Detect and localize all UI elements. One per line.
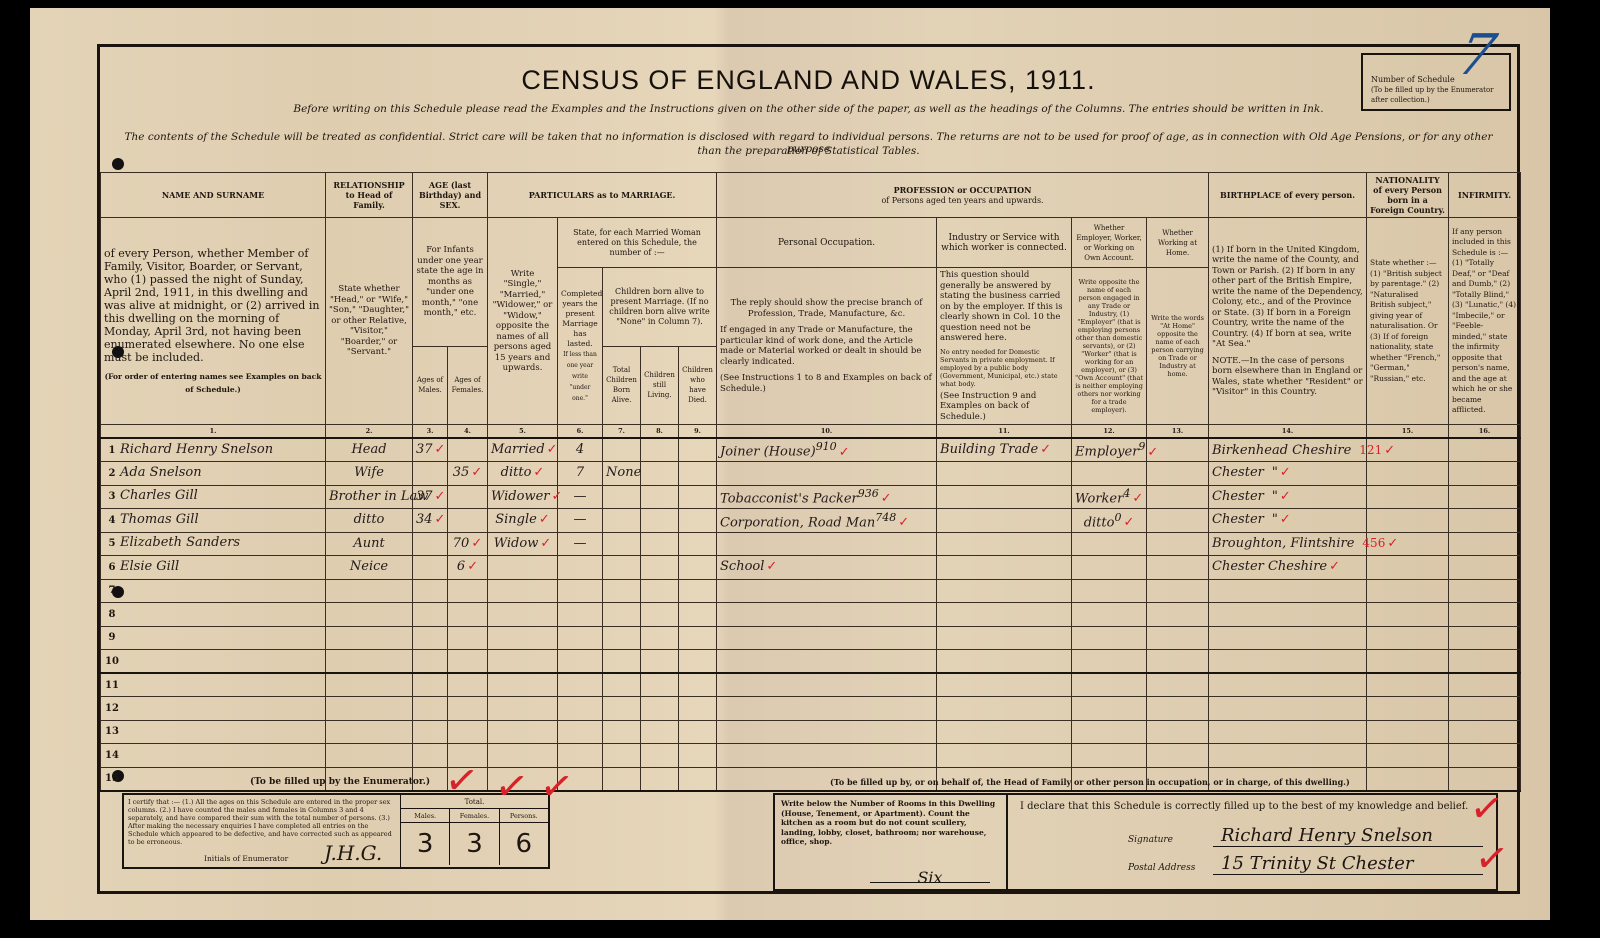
industry-cell[interactable] — [937, 720, 1072, 744]
birthplace-cell[interactable] — [1209, 579, 1367, 603]
relationship-cell[interactable] — [326, 697, 413, 721]
condition-cell-text: Widow — [494, 536, 539, 551]
years-married-cell[interactable] — [558, 720, 603, 744]
children-died-cell[interactable] — [679, 673, 717, 697]
children-died-cell[interactable] — [679, 556, 717, 580]
birthplace-cell[interactable] — [1209, 720, 1367, 744]
name-instructions: of every Person, whether Member of Famil… — [101, 218, 326, 425]
col-number: 9. — [679, 425, 717, 439]
red-check-icon: ✓ — [1132, 491, 1143, 506]
years-married-cell[interactable]: — — [558, 509, 603, 533]
years-married-cell[interactable] — [558, 626, 603, 650]
home-cell[interactable] — [1147, 626, 1209, 650]
age-males-cell[interactable] — [413, 744, 448, 768]
condition-instructions: Write "Single," "Married," "Widower," or… — [488, 218, 558, 425]
children-died-cell[interactable] — [679, 720, 717, 744]
age-males-cell[interactable] — [413, 462, 448, 486]
col-number: 6. — [558, 425, 603, 439]
condition-cell[interactable] — [488, 697, 558, 721]
relationship-cell[interactable]: ditto — [326, 509, 413, 533]
rooms-instructions: Write below the Number of Rooms in this … — [781, 799, 1000, 847]
schedule-number-note: (To be filled up by the Enumerator after… — [1371, 85, 1505, 105]
nationality-cell[interactable] — [1367, 532, 1449, 556]
name-cell[interactable]: 10 — [101, 650, 326, 674]
row-number: 9 — [104, 633, 120, 643]
children-died-cell[interactable] — [679, 485, 717, 509]
occupation-cell[interactable]: Tobacconist's Packer936✓ — [717, 485, 937, 509]
infirmity-cell[interactable] — [1449, 744, 1521, 768]
relationship-cell[interactable] — [326, 603, 413, 627]
years-married-cell[interactable] — [558, 673, 603, 697]
name-cell[interactable]: 3Charles Gill — [101, 485, 326, 509]
birthplace-cell[interactable]: Chester"✓ — [1209, 462, 1367, 486]
name-cell[interactable]: 7 — [101, 579, 326, 603]
employer-cell[interactable] — [1072, 720, 1147, 744]
employer-cell[interactable] — [1072, 532, 1147, 556]
age-males-cell[interactable]: 37✓ — [413, 485, 448, 509]
persons-total[interactable]: 6 — [500, 823, 548, 865]
birthplace-cell[interactable] — [1209, 697, 1367, 721]
condition-cell-text: Single — [495, 512, 537, 527]
age-females-cell[interactable] — [448, 650, 488, 674]
employer-cell[interactable] — [1072, 579, 1147, 603]
name-cell[interactable]: 12 — [101, 697, 326, 721]
name-cell[interactable]: 13 — [101, 720, 326, 744]
children-died-cell[interactable] — [679, 744, 717, 768]
employer-cell[interactable]: Worker4✓ — [1072, 485, 1147, 509]
birthplace-cell[interactable]: Birkenhead Cheshire121✓ — [1209, 438, 1367, 462]
employer-cell[interactable] — [1072, 603, 1147, 627]
relationship-cell[interactable] — [326, 720, 413, 744]
age-males-cell[interactable] — [413, 556, 448, 580]
table-row: 4Thomas Gillditto34✓Single✓—Corporation,… — [101, 509, 1521, 533]
table-row: 9 — [101, 626, 1521, 650]
occupation-cell[interactable] — [717, 579, 937, 603]
age-females-cell[interactable]: 70✓ — [448, 532, 488, 556]
industry-cell[interactable] — [937, 626, 1072, 650]
employer-cell-text: Worker — [1075, 491, 1123, 506]
children-born-cell[interactable] — [603, 697, 641, 721]
name-note: (For order of entering names see Example… — [104, 370, 322, 396]
birthplace-code: " — [1272, 489, 1278, 504]
row-number: 2 — [104, 469, 120, 479]
header-nationality: NATIONALITY of every Person born in a Fo… — [1367, 173, 1449, 218]
children-died-cell[interactable] — [679, 532, 717, 556]
age-females-cell[interactable] — [448, 697, 488, 721]
instruction-line: Before writing on this Schedule please r… — [100, 103, 1517, 115]
occupation-cell[interactable] — [717, 697, 937, 721]
age-females-cell[interactable]: 6✓ — [448, 556, 488, 580]
children-living-cell[interactable] — [641, 626, 679, 650]
age-males-cell[interactable] — [413, 673, 448, 697]
age-females-cell[interactable] — [448, 485, 488, 509]
children-living-cell[interactable] — [641, 603, 679, 627]
age-males-cell[interactable] — [413, 650, 448, 674]
relationship-cell[interactable]: Brother in Law — [326, 485, 413, 509]
children-died-cell[interactable] — [679, 462, 717, 486]
years-married-cell[interactable] — [558, 556, 603, 580]
relationship-cell[interactable] — [326, 650, 413, 674]
home-cell[interactable] — [1147, 697, 1209, 721]
age-males-cell-text: 37 — [416, 442, 433, 457]
industry-cell[interactable] — [937, 509, 1072, 533]
schedule-number-value: 7 — [1458, 51, 1496, 61]
red-check-icon: ✓ — [1472, 837, 1511, 881]
infirmity-cell[interactable] — [1449, 579, 1521, 603]
home-cell[interactable] — [1147, 438, 1209, 462]
infirmity-cell[interactable] — [1449, 603, 1521, 627]
enumerator-title: (To be filled up by the Enumerator.) — [250, 777, 430, 787]
name-cell[interactable]: 11 — [101, 673, 326, 697]
home-cell[interactable] — [1147, 556, 1209, 580]
children-born-cell[interactable]: None — [603, 462, 641, 486]
females-total[interactable]: 3 — [450, 823, 499, 865]
children-living-cell[interactable] — [641, 556, 679, 580]
employer-cell[interactable]: ditto0✓ — [1072, 509, 1147, 533]
children-died-cell[interactable] — [679, 603, 717, 627]
occupation-cell[interactable] — [717, 650, 937, 674]
nationality-cell[interactable] — [1367, 509, 1449, 533]
birthplace-cell[interactable]: Chester"✓ — [1209, 509, 1367, 533]
age-males-cell[interactable] — [413, 532, 448, 556]
employer-cell[interactable] — [1072, 626, 1147, 650]
years-married-cell[interactable] — [558, 603, 603, 627]
occupation-cell[interactable] — [717, 720, 937, 744]
infirmity-cell[interactable] — [1449, 556, 1521, 580]
children-born-cell[interactable] — [603, 485, 641, 509]
condition-cell[interactable] — [488, 650, 558, 674]
industry-cell[interactable] — [937, 673, 1072, 697]
birthplace-cell[interactable]: Chester"✓ — [1209, 485, 1367, 509]
years-married-cell[interactable] — [558, 650, 603, 674]
industry-cell[interactable] — [937, 744, 1072, 768]
children-born-cell[interactable] — [603, 626, 641, 650]
signature-value[interactable]: Richard Henry Snelson — [1213, 825, 1483, 847]
birthplace-code: " — [1272, 465, 1278, 480]
age-females-cell[interactable]: 35✓ — [448, 462, 488, 486]
home-cell[interactable] — [1147, 720, 1209, 744]
age-females-cell[interactable] — [448, 438, 488, 462]
children-born-cell[interactable] — [603, 673, 641, 697]
children-born-cell[interactable] — [603, 603, 641, 627]
nationality-cell[interactable] — [1367, 720, 1449, 744]
birthplace-cell[interactable] — [1209, 626, 1367, 650]
occupation-code: 936 — [858, 487, 879, 500]
children-living-cell[interactable] — [641, 532, 679, 556]
children-living-cell[interactable] — [641, 462, 679, 486]
years-married-cell[interactable]: 4 — [558, 438, 603, 462]
home-cell[interactable] — [1147, 744, 1209, 768]
age-males-cell[interactable]: 34✓ — [413, 509, 448, 533]
relationship-cell[interactable] — [326, 626, 413, 650]
nationality-cell[interactable] — [1367, 744, 1449, 768]
children-living-cell[interactable] — [641, 650, 679, 674]
age-males-cell[interactable] — [413, 603, 448, 627]
birthplace-cell[interactable] — [1209, 603, 1367, 627]
nationality-cell[interactable] — [1367, 603, 1449, 627]
nationality-cell[interactable] — [1367, 650, 1449, 674]
name-cell[interactable]: 6Elsie Gill — [101, 556, 326, 580]
infirmity-cell[interactable] — [1449, 697, 1521, 721]
relationship-cell[interactable] — [326, 744, 413, 768]
birthplace-cell-text: Chester — [1212, 489, 1264, 504]
condition-cell[interactable]: Single✓ — [488, 509, 558, 533]
age-males-cell[interactable] — [413, 720, 448, 744]
children-living-cell[interactable] — [641, 697, 679, 721]
nationality-cell[interactable] — [1367, 438, 1449, 462]
birthplace-cell[interactable]: Chester Cheshire✓ — [1209, 556, 1367, 580]
name-cell-text: Thomas Gill — [120, 512, 199, 527]
males-total[interactable]: 3 — [401, 823, 450, 865]
name-cell[interactable]: 5Elizabeth Sanders — [101, 532, 326, 556]
infirmity-cell[interactable] — [1449, 720, 1521, 744]
table-row: 3Charles GillBrother in Law37✓Widower✓—T… — [101, 485, 1521, 509]
condition-cell[interactable] — [488, 720, 558, 744]
enumerator-certification: I certify that :— (1.) All the ages on t… — [128, 798, 398, 846]
home-cell[interactable] — [1147, 509, 1209, 533]
condition-cell-text: Married — [491, 442, 545, 457]
years-married-cell[interactable] — [558, 579, 603, 603]
infirmity-cell[interactable] — [1449, 650, 1521, 674]
infirmity-cell[interactable] — [1449, 485, 1521, 509]
address-value[interactable]: 15 Trinity St Chester — [1213, 853, 1483, 875]
relationship-cell[interactable]: Head — [326, 438, 413, 462]
age-females-cell-text: 35 — [453, 465, 470, 480]
children-died-cell[interactable] — [679, 626, 717, 650]
occupation-cell[interactable] — [717, 532, 937, 556]
red-check-icon: ✓ — [492, 765, 531, 809]
condition-cell[interactable] — [488, 626, 558, 650]
red-check-icon: ✓ — [1329, 559, 1340, 574]
industry-cell[interactable] — [937, 485, 1072, 509]
header-marriage: PARTICULARS as to MARRIAGE. — [488, 173, 717, 218]
name-cell[interactable]: 14 — [101, 744, 326, 768]
industry-cell[interactable]: Building Trade✓ — [937, 438, 1072, 462]
occupation-cell[interactable] — [717, 744, 937, 768]
birthplace-cell[interactable]: Broughton, Flintshire456✓ — [1209, 532, 1367, 556]
occupation-cell[interactable]: Corporation, Road Man748✓ — [717, 509, 937, 533]
row-number: 1 — [104, 446, 120, 456]
industry-cell[interactable] — [937, 603, 1072, 627]
age-females-cell[interactable] — [448, 579, 488, 603]
name-cell-text: Elizabeth Sanders — [120, 535, 240, 550]
infirmity-cell[interactable] — [1449, 673, 1521, 697]
home-cell[interactable] — [1147, 485, 1209, 509]
age-males-cell[interactable] — [413, 697, 448, 721]
header-relationship: RELATIONSHIP to Head of Family. — [326, 173, 413, 218]
children-died-cell[interactable] — [679, 579, 717, 603]
occupation-cell[interactable] — [717, 603, 937, 627]
industry-instr-3: (See Instruction 9 and Examples on back … — [940, 391, 1068, 423]
occupation-code: 748 — [875, 511, 896, 524]
nationality-cell[interactable] — [1367, 556, 1449, 580]
name-cell[interactable]: 4Thomas Gill — [101, 509, 326, 533]
condition-cell[interactable]: ditto✓ — [488, 462, 558, 486]
table-row: 5Elizabeth SandersAunt70✓Widow✓—Broughto… — [101, 532, 1521, 556]
children-living-cell[interactable] — [641, 438, 679, 462]
age-males-cell[interactable] — [413, 579, 448, 603]
row-number: 5 — [104, 539, 120, 549]
birthplace-cell[interactable] — [1209, 673, 1367, 697]
red-check-icon: ✓ — [1123, 515, 1134, 530]
home-cell[interactable] — [1147, 462, 1209, 486]
children-born-cell[interactable] — [603, 650, 641, 674]
total-born-header: Total Children Born Alive. — [603, 346, 641, 425]
nationality-cell[interactable] — [1367, 626, 1449, 650]
employer-cell[interactable] — [1072, 673, 1147, 697]
children-died-cell[interactable] — [679, 509, 717, 533]
name-cell[interactable]: 9 — [101, 626, 326, 650]
age-females-cell[interactable] — [448, 603, 488, 627]
children-born-cell[interactable] — [603, 509, 641, 533]
personal-occupation-instructions: The reply should show the precise branch… — [717, 268, 937, 425]
table-row: 10 — [101, 650, 1521, 674]
condition-cell[interactable] — [488, 673, 558, 697]
children-died-cell[interactable] — [679, 697, 717, 721]
age-males-cell[interactable] — [413, 626, 448, 650]
nationality-cell[interactable] — [1367, 697, 1449, 721]
red-check-icon: ✓ — [547, 442, 558, 457]
infirmity-cell[interactable] — [1449, 532, 1521, 556]
header-infirmity: INFIRMITY. — [1449, 173, 1521, 218]
occupation-cell[interactable]: Joiner (House)910✓ — [717, 438, 937, 462]
condition-cell[interactable]: Widow✓ — [488, 532, 558, 556]
condition-cell[interactable] — [488, 603, 558, 627]
occupation-cell-text: Joiner (House) — [720, 445, 816, 460]
children-born-cell[interactable] — [603, 579, 641, 603]
relationship-cell[interactable] — [326, 673, 413, 697]
employer-cell-text: ditto — [1084, 515, 1115, 530]
rooms-value[interactable]: Six — [870, 873, 990, 884]
children-died-cell[interactable] — [679, 438, 717, 462]
row-number: 10 — [104, 657, 120, 667]
children-born-cell[interactable] — [603, 744, 641, 768]
employer-cell[interactable] — [1072, 556, 1147, 580]
red-check-icon: ✓ — [766, 559, 777, 574]
rooms-box: Write below the Number of Rooms in this … — [773, 793, 1008, 891]
children-living-cell[interactable] — [641, 509, 679, 533]
children-born-cell[interactable] — [603, 556, 641, 580]
age-females-cell[interactable] — [448, 509, 488, 533]
red-check-icon: ✓ — [435, 442, 446, 457]
occupation-cell[interactable]: School✓ — [717, 556, 937, 580]
age-instructions: For Infants under one year state the age… — [413, 218, 488, 347]
home-cell[interactable] — [1147, 673, 1209, 697]
infirmity-cell[interactable] — [1449, 509, 1521, 533]
age-females-cell[interactable] — [448, 626, 488, 650]
condition-cell[interactable] — [488, 556, 558, 580]
years-married-cell[interactable] — [558, 697, 603, 721]
name-cell[interactable]: 8 — [101, 603, 326, 627]
condition-cell[interactable]: Widower✓ — [488, 485, 558, 509]
personal-instr-2: If engaged in any Trade or Manufacture, … — [720, 325, 933, 367]
relationship-cell[interactable] — [326, 579, 413, 603]
name-cell[interactable]: 2Ada Snelson — [101, 462, 326, 486]
header-age: AGE (last Birthday) and SEX. — [413, 173, 488, 218]
red-check-icon: ✓ — [471, 465, 482, 480]
col-number: 15. — [1367, 425, 1449, 439]
address-label: Postal Address — [1128, 863, 1195, 873]
infirmity-cell[interactable] — [1449, 462, 1521, 486]
years-married-cell[interactable]: — — [558, 485, 603, 509]
occupation-cell[interactable] — [717, 673, 937, 697]
birthplace-cell-text: Broughton, Flintshire — [1212, 536, 1354, 551]
children-born-cell[interactable] — [603, 720, 641, 744]
relationship-cell[interactable]: Neice — [326, 556, 413, 580]
home-instructions: Write the words "At Home" opposite the n… — [1147, 268, 1209, 425]
occupation-cell[interactable] — [717, 626, 937, 650]
employer-cell[interactable] — [1072, 462, 1147, 486]
home-cell[interactable] — [1147, 603, 1209, 627]
occupation-cell[interactable] — [717, 462, 937, 486]
industry-cell[interactable] — [937, 650, 1072, 674]
condition-cell[interactable] — [488, 579, 558, 603]
children-born-cell[interactable] — [603, 532, 641, 556]
relationship-cell[interactable]: Aunt — [326, 532, 413, 556]
red-check-icon: ✓ — [1040, 442, 1051, 457]
industry-cell[interactable] — [937, 579, 1072, 603]
children-living-cell[interactable] — [641, 673, 679, 697]
industry-instructions: This question should generally be answer… — [937, 268, 1072, 425]
nationality-cell[interactable] — [1367, 579, 1449, 603]
nationality-instructions: State whether :— (1) "British subject by… — [1367, 218, 1449, 425]
infirmity-cell[interactable] — [1449, 626, 1521, 650]
birthplace-cell[interactable] — [1209, 650, 1367, 674]
children-living-cell[interactable] — [641, 720, 679, 744]
children-living-cell[interactable] — [641, 579, 679, 603]
name-cell[interactable]: 1Richard Henry Snelson — [101, 438, 326, 462]
age-females-cell-text: 6 — [457, 559, 465, 574]
relationship-cell[interactable]: Wife — [326, 462, 413, 486]
children-living-cell[interactable] — [641, 744, 679, 768]
col-number: 7. — [603, 425, 641, 439]
employer-cell[interactable] — [1072, 650, 1147, 674]
years-married-cell[interactable] — [558, 744, 603, 768]
row-number: 6 — [104, 563, 120, 573]
age-females-cell[interactable] — [448, 720, 488, 744]
years-married-cell[interactable]: 7 — [558, 462, 603, 486]
head-section-title: (To be filled up by, or on behalf of, th… — [830, 777, 1350, 787]
industry-cell[interactable] — [937, 532, 1072, 556]
industry-cell[interactable] — [937, 462, 1072, 486]
home-cell[interactable] — [1147, 532, 1209, 556]
age-females-cell[interactable] — [448, 673, 488, 697]
table-row: 13 — [101, 720, 1521, 744]
nationality-cell[interactable] — [1367, 673, 1449, 697]
infirmity-cell[interactable] — [1449, 438, 1521, 462]
age-males-cell[interactable]: 37✓ — [413, 438, 448, 462]
relationship-cell-text: Aunt — [353, 536, 384, 551]
employer-cell[interactable] — [1072, 697, 1147, 721]
nationality-cell[interactable] — [1367, 462, 1449, 486]
employer-cell[interactable] — [1072, 744, 1147, 768]
years-married-cell[interactable]: — — [558, 532, 603, 556]
children-died-cell[interactable] — [679, 650, 717, 674]
birthplace-cell-text: Birkenhead Cheshire — [1212, 443, 1351, 458]
condition-cell[interactable]: Married✓ — [488, 438, 558, 462]
ages-females-header: Ages of Females. — [448, 346, 488, 425]
industry-cell[interactable] — [937, 697, 1072, 721]
home-cell[interactable] — [1147, 650, 1209, 674]
home-cell[interactable] — [1147, 579, 1209, 603]
employer-cell[interactable]: Employer9✓ — [1072, 438, 1147, 462]
nationality-cell[interactable] — [1367, 485, 1449, 509]
children-born-cell[interactable] — [603, 438, 641, 462]
years-married-note: If less than one year write "under one." — [563, 351, 597, 402]
industry-cell[interactable] — [937, 556, 1072, 580]
birthplace-cell[interactable] — [1209, 744, 1367, 768]
children-living-cell[interactable] — [641, 485, 679, 509]
